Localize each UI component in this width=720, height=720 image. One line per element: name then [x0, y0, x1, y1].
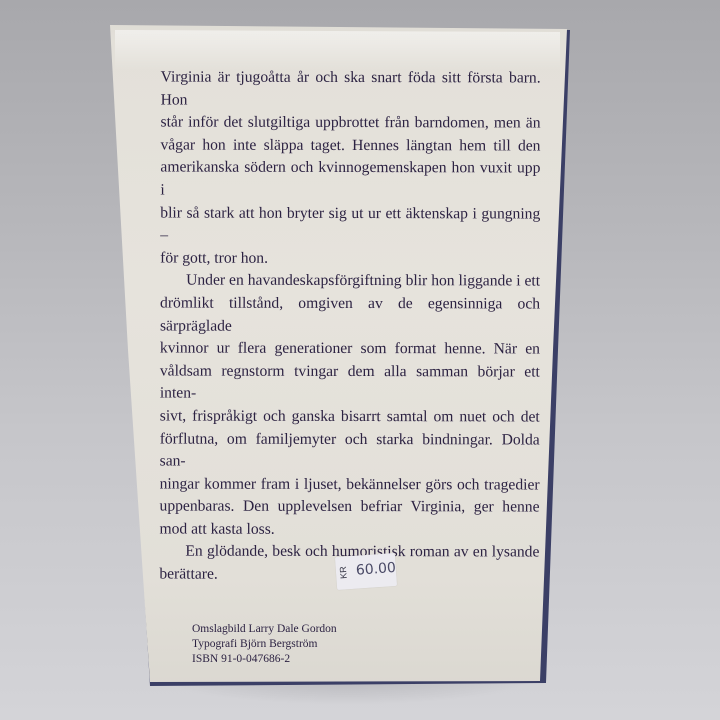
dust-jacket-glare [115, 30, 560, 70]
blurb-paragraph-2: Under en havandeskapsförgiftning blir ho… [159, 270, 540, 542]
blurb-line: ningar kommer fram i ljuset, bekännelser… [160, 473, 540, 497]
blurb-line: Virginia är tjugoåtta år och ska snart f… [161, 67, 541, 113]
blurb-line: drömlikt tillstånd, omgiven av de egensi… [160, 292, 540, 338]
blurb-text: Virginia är tjugoåtta år och ska snart f… [159, 67, 540, 588]
price-sticker: KR 60.00 [335, 553, 397, 590]
cover-illustrator-credit: Omslagbild Larry Dale Gordon [192, 622, 337, 637]
blurb-line: amerikanska södern och kvinnogemenskapen… [160, 157, 540, 203]
blurb-line: blir så stark att hon bryter sig ut ur e… [160, 202, 540, 248]
blurb-line: uppenbaras. Den upplevelsen befriar Virg… [159, 496, 539, 520]
blurb-line: förflutna, om familjemyter och starka bi… [160, 428, 540, 474]
blurb-line: Under en havandeskapsförgiftning blir ho… [160, 270, 540, 294]
price-currency: KR [338, 566, 349, 579]
blurb-line: mod att kasta loss. [159, 518, 539, 542]
blurb-paragraph-1: Virginia är tjugoåtta år och ska snart f… [160, 67, 541, 271]
price-value: 60.00 [355, 560, 396, 579]
blurb-line: vågar hon inte släppa taget. Hennes läng… [160, 134, 540, 158]
blurb-line: för gott, tror hon. [160, 247, 540, 271]
blurb-line: våldsam regnstorm tvingar dem alla samma… [160, 360, 540, 406]
isbn: ISBN 91-0-047686-2 [192, 652, 337, 667]
blurb-line: kvinnor ur flera generationer som format… [160, 338, 540, 362]
credits: Omslagbild Larry Dale Gordon Typografi B… [192, 622, 337, 667]
blurb-line: sivt, frispråkigt och ganska bisarrt sam… [160, 405, 540, 429]
typography-credit: Typografi Björn Bergström [192, 637, 337, 652]
blurb-line: står inför det slutgiltiga uppbrottet fr… [161, 112, 541, 136]
